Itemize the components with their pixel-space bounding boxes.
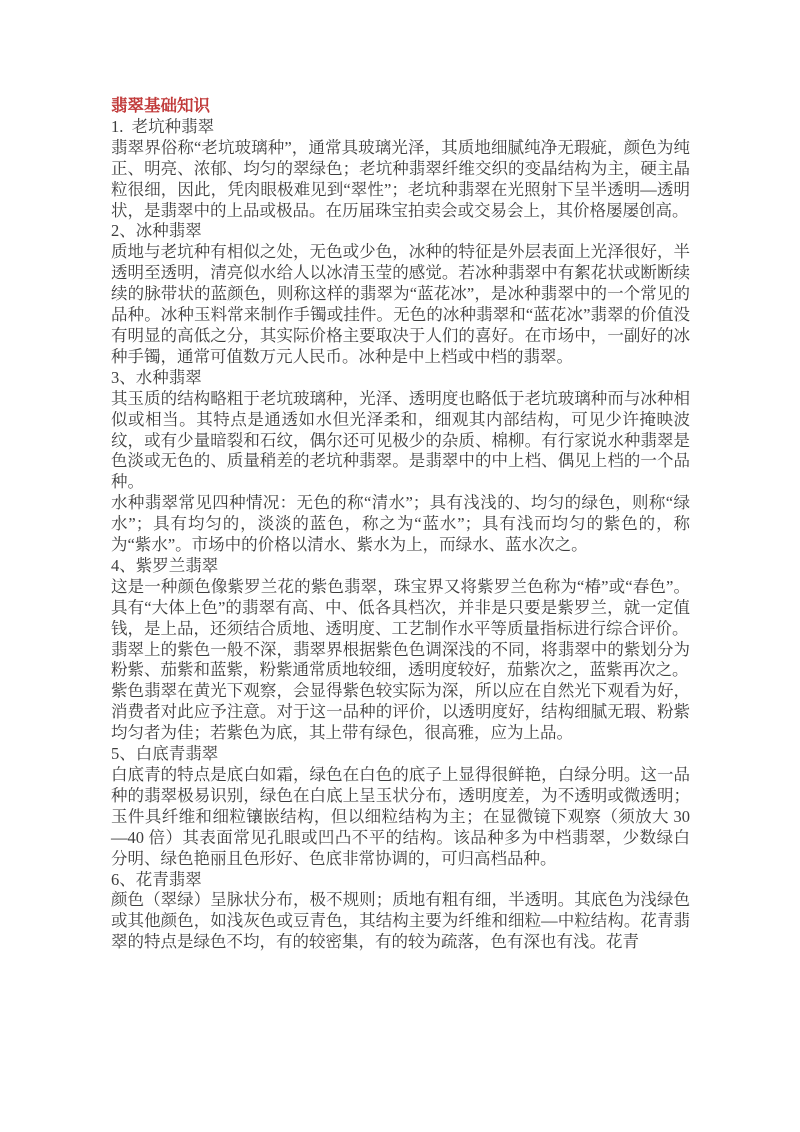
document-title: 翡翠基础知识 [111,96,690,117]
section-paragraph: 质地与老坑种有相似之处，无色或少色，冰种的特征是外层表面上光泽很好，半透明至透明… [111,242,690,367]
section-heading: 1. 老坑种翡翠 [111,117,690,138]
section-heading: 4、紫罗兰翡翠 [111,556,690,577]
document-section: 1. 老坑种翡翠翡翠界俗称“老坑玻璃种”，通常具玻璃光泽，其质地细腻纯净无瑕疵，… [111,117,690,222]
document-section: 6、花青翡翠颜色（翠绿）呈脉状分布，极不规则；质地有粗有细，半透明。其底色为浅绿… [111,870,690,954]
document-section: 2、冰种翡翠质地与老坑种有相似之处，无色或少色，冰种的特征是外层表面上光泽很好，… [111,221,690,367]
section-heading: 6、花青翡翠 [111,870,690,891]
document-section: 5、白底青翡翠白底青的特点是底白如霜，绿色在白色的底子上显得很鲜艳，白绿分明。这… [111,744,690,869]
section-heading: 5、白底青翡翠 [111,744,690,765]
section-paragraph: 这是一种颜色像紫罗兰花的紫色翡翠，珠宝界又将紫罗兰色称为“椿”或“春色”。具有“… [111,577,690,640]
document-section: 3、水种翡翠其玉质的结构略粗于老坑玻璃种，光泽、透明度也略低于老坑玻璃种而与冰种… [111,368,690,556]
section-paragraph: 白底青的特点是底白如霜，绿色在白色的底子上显得很鲜艳，白绿分明。这一品种的翡翠极… [111,765,690,870]
section-paragraph: 翡翠上的紫色一般不深，翡翠界根据紫色色调深浅的不同，将翡翠中的紫划分为粉紫、茄紫… [111,640,690,682]
section-heading: 2、冰种翡翠 [111,221,690,242]
section-heading: 3、水种翡翠 [111,368,690,389]
section-paragraph: 翡翠界俗称“老坑玻璃种”，通常具玻璃光泽，其质地细腻纯净无瑕疵，颜色为纯正、明亮… [111,138,690,222]
document-section: 4、紫罗兰翡翠这是一种颜色像紫罗兰花的紫色翡翠，珠宝界又将紫罗兰色称为“椿”或“… [111,556,690,744]
document-page: 翡翠基础知识 1. 老坑种翡翠翡翠界俗称“老坑玻璃种”，通常具玻璃光泽，其质地细… [0,0,800,1132]
document-body: 1. 老坑种翡翠翡翠界俗称“老坑玻璃种”，通常具玻璃光泽，其质地细腻纯净无瑕疵，… [111,117,690,953]
section-paragraph: 水种翡翠常见四种情况：无色的称“清水”；具有浅浅的、均匀的绿色，则称“绿水”；具… [111,493,690,556]
section-paragraph: 颜色（翠绿）呈脉状分布，极不规则；质地有粗有细，半透明。其底色为浅绿色或其他颜色… [111,890,690,953]
section-paragraph: 紫色翡翠在黄光下观察，会显得紫色较实际为深，所以应在自然光下观看为好，消费者对此… [111,681,690,744]
section-paragraph: 其玉质的结构略粗于老坑玻璃种，光泽、透明度也略低于老坑玻璃种而与冰种相似或相当。… [111,389,690,494]
